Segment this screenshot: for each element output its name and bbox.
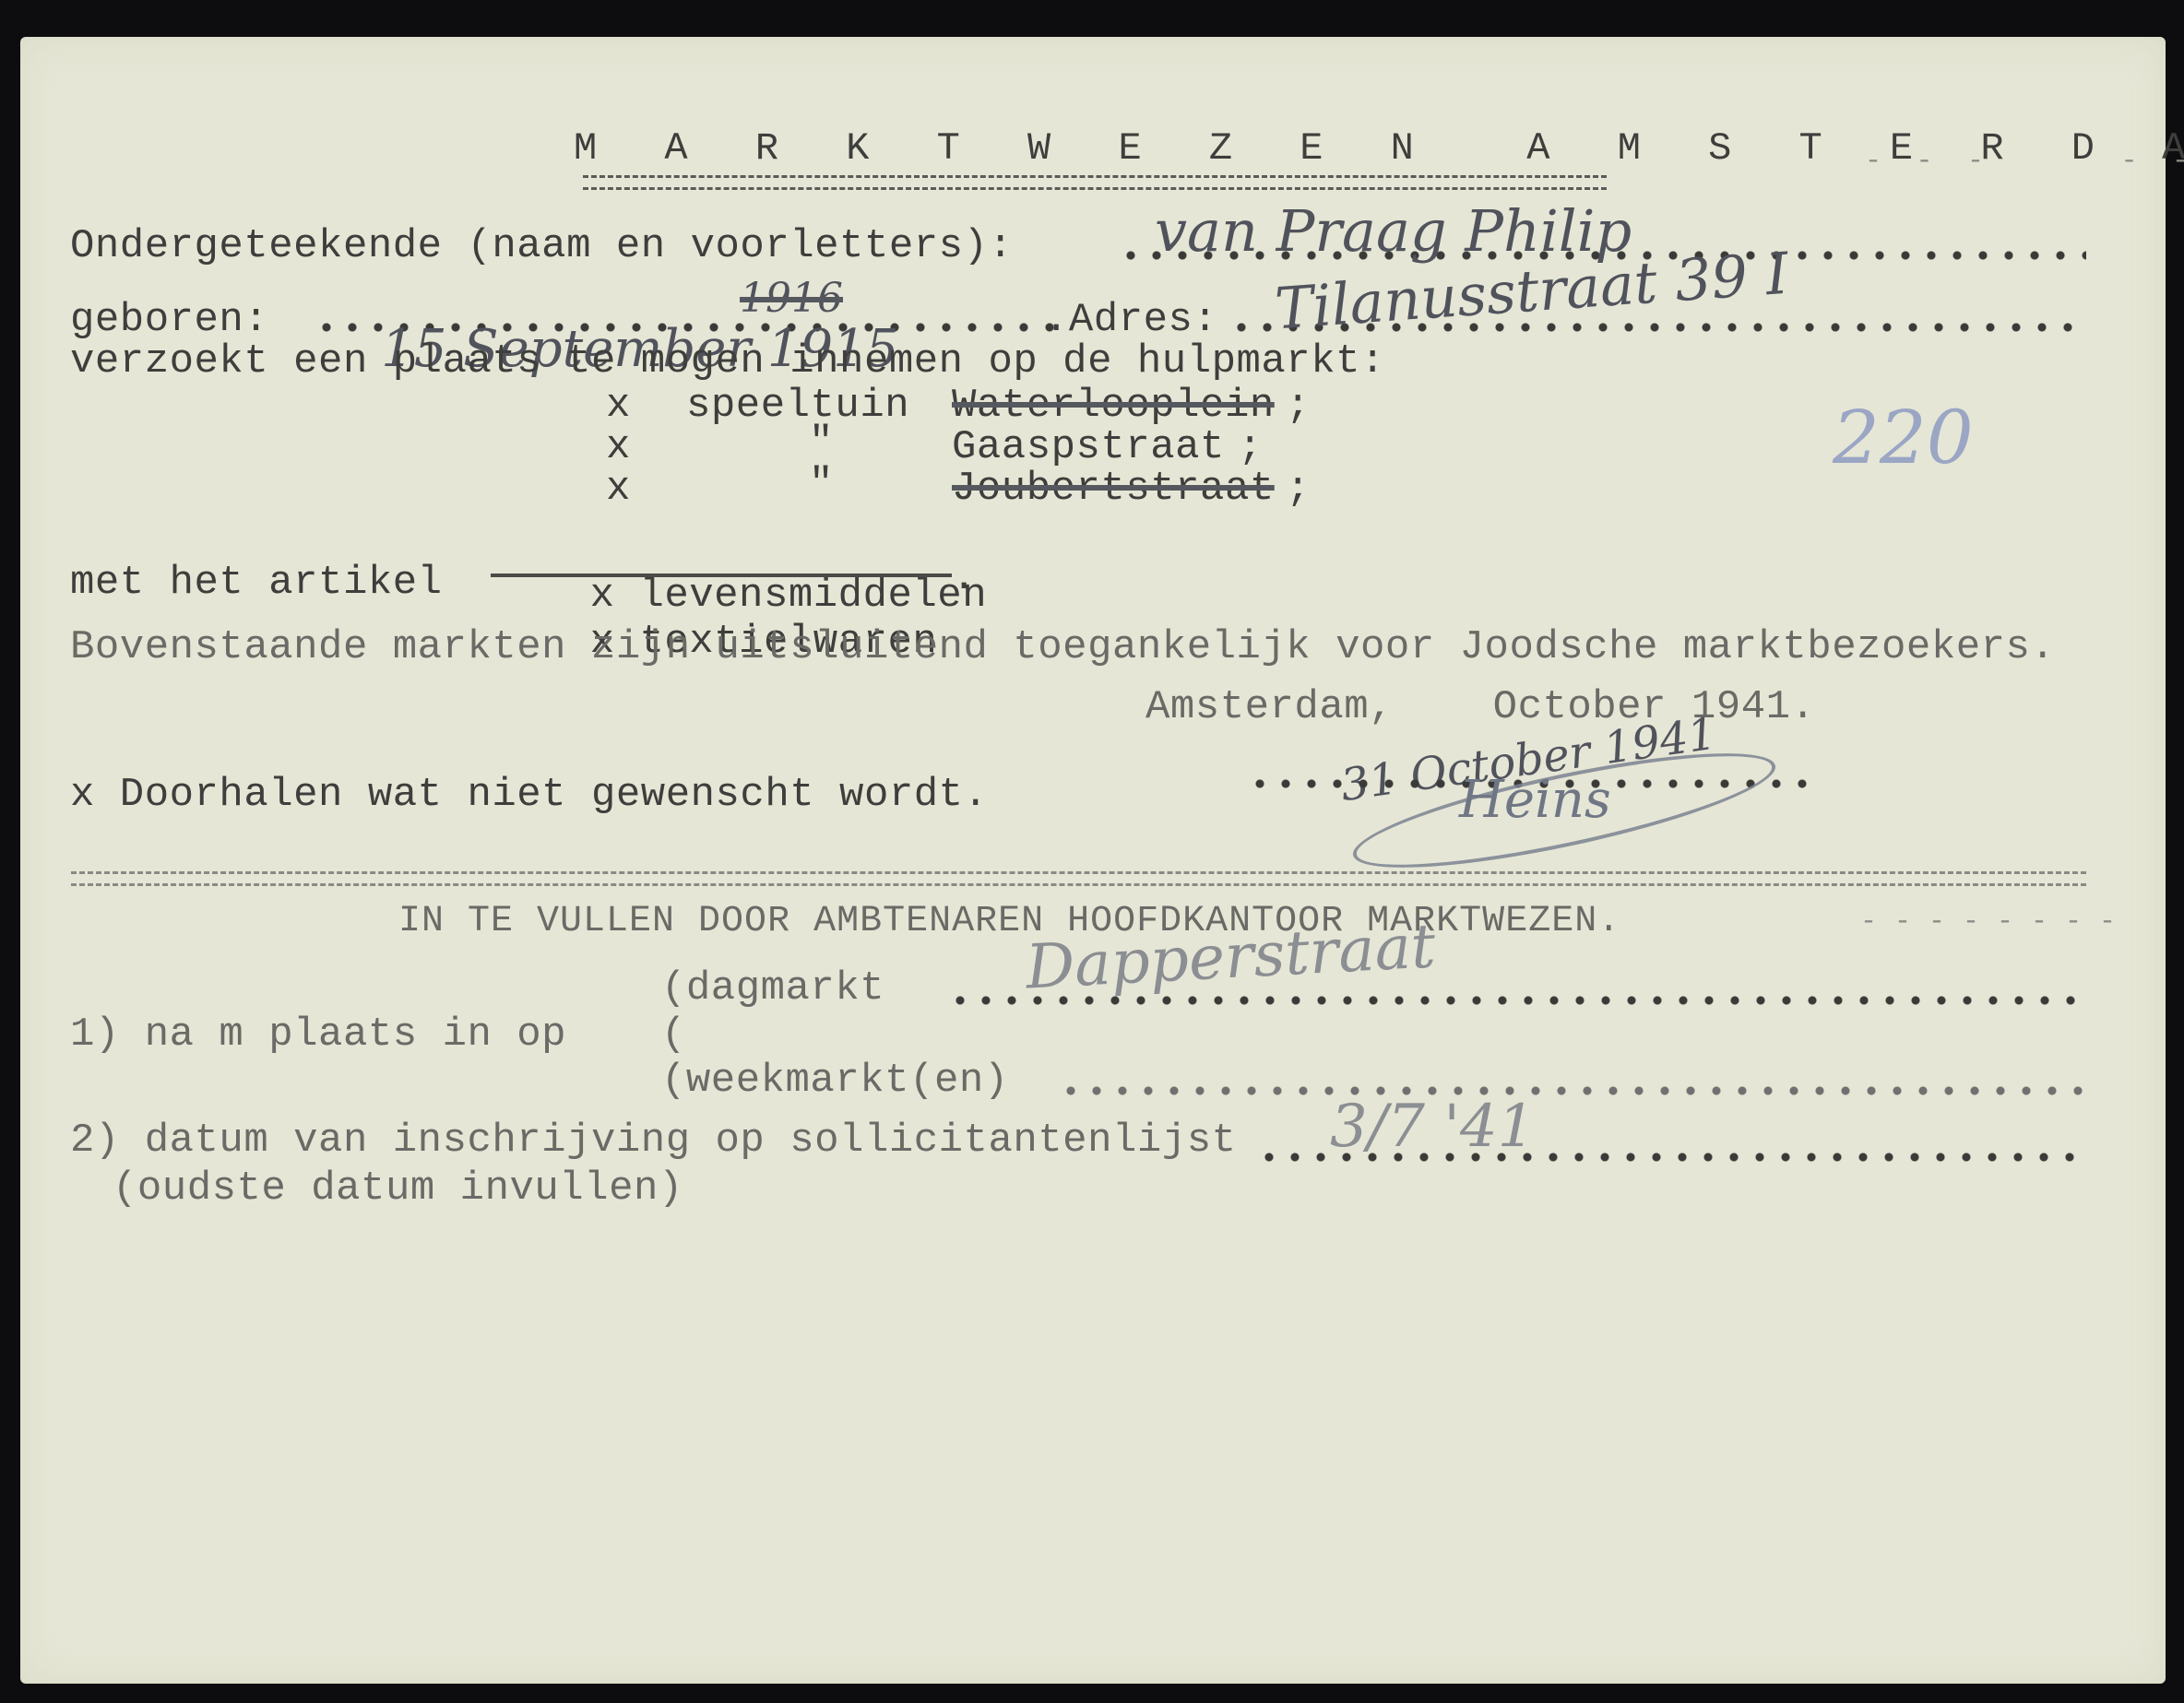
item2-field[interactable]: 3/7 '41 xyxy=(1330,1097,1535,1156)
market-2-marker: x xyxy=(606,427,631,467)
market-3-prefix: " xyxy=(809,464,834,504)
market-3-name: Joubertstraat xyxy=(952,468,1275,509)
office-heading: IN TE VULLEN DOOR AMBTENAREN HOOFDKANTOO… xyxy=(398,904,1620,940)
item2-label: 2) datum van inschrijving op sollicitant… xyxy=(70,1120,1237,1161)
market-1-prefix: speeltuin xyxy=(686,385,909,426)
market-1-suffix: ; xyxy=(1286,385,1311,426)
item1-label: 1) na m plaats in op xyxy=(70,1014,566,1055)
article-label: met het artikel xyxy=(70,562,443,603)
office-heading-marks: - - - - - - - - xyxy=(1860,908,2117,936)
name-label: Ondergeteekende (naam en voorletters): xyxy=(70,226,1013,266)
weekmarkt-dotted-line[interactable] xyxy=(1058,1086,2086,1095)
title-double-rule xyxy=(583,175,1607,190)
request-intro: verzoekt een plaats te mogen innemen op … xyxy=(70,341,1385,382)
born-crossed-year: 1916 xyxy=(740,278,843,319)
margin-marks: - - - - -- xyxy=(1865,148,2184,175)
article-strike-rule xyxy=(491,574,952,577)
market-1-name: Waterlooplein xyxy=(952,385,1275,426)
name-field[interactable]: van Praag Philip xyxy=(1155,203,1632,260)
article-end: . xyxy=(952,558,977,598)
address-label: .Adres: xyxy=(1044,300,1217,340)
dagmarkt-field[interactable]: Dapperstraat xyxy=(1025,916,1437,998)
market-2-name: Gaaspstraat xyxy=(952,427,1225,467)
document-paper: M A R K T W E Z E N A M S T E R D A M . … xyxy=(20,37,2166,1684)
place-date-typed: Amsterdam, October 1941. xyxy=(1145,687,1815,727)
market-2-suffix: ; xyxy=(1238,427,1263,467)
notice-text: Bovenstaande markten zijn uitsluitend to… xyxy=(70,627,2055,668)
market-1-marker: x xyxy=(606,385,631,426)
weekmarkt-label: (weekmarkt(en) xyxy=(661,1060,1009,1101)
born-label: geboren: xyxy=(70,300,268,340)
item2-sub: (oudste datum invullen) xyxy=(113,1168,683,1209)
section-double-rule xyxy=(71,871,2086,886)
signature[interactable]: Heins xyxy=(1459,775,1611,826)
item1-bracket: ( xyxy=(661,1014,686,1055)
market-3-marker: x xyxy=(606,468,631,509)
margin-pencil-note: 220 xyxy=(1833,401,1974,475)
market-3-suffix: ; xyxy=(1286,468,1311,509)
market-2-prefix: " xyxy=(809,422,834,463)
footnote: x Doorhalen wat niet gewenscht wordt. xyxy=(70,775,988,815)
dagmarkt-label: (dagmarkt xyxy=(661,968,884,1009)
